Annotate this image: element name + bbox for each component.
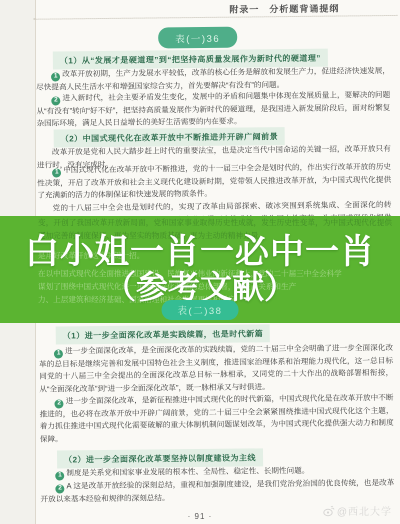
paragraph: 1中国式现代化在改革开放中不断推进，党的十一届三中全会是划时代的，作出实行改革开… — [37, 161, 391, 203]
section-heading-3: （1）进一步全面深化改革是实践续篇，也是时代新篇 — [56, 324, 271, 344]
table-badge-2: 表(二)38 — [162, 300, 239, 320]
watermark-text: @西北大学 — [337, 503, 392, 518]
list-marker-icon: 2 — [56, 484, 65, 493]
list-marker-icon: 1 — [54, 349, 63, 358]
paragraph-text: 进一步全面深化改革，是全面深化改革的实践续篇，党的二十届三中全会明确了进一步全面… — [39, 343, 393, 394]
list-marker-icon: 1 — [51, 72, 60, 81]
paragraph: 2进入新时代，社会主要矛盾发生变化，发展中的矛盾和问题集中体现在发展质量上，要解… — [36, 89, 390, 131]
list-marker-icon: 2 — [51, 96, 60, 105]
book-page-photo: 附录一 分析题背诵提纲 表(一)36 （1）从“发展才是硬道理”到“把坚持高质量… — [0, 0, 400, 524]
paragraph-text: 改革开放初期，生产力发展水平较低，改革的核心任务是解放和发展生产力，促进经济快速… — [36, 66, 390, 91]
paragraph-text: 进一步全面深化改革，是新征程推进中国式现代化的时代新篇，中国式现代化是在改革开放… — [40, 393, 394, 444]
paragraph: 1进一步全面深化改革，是全面深化改革的实践续篇，党的二十届三中全会明确了进一步全… — [39, 342, 394, 396]
page-header: 附录一 分析题背诵提纲 — [229, 2, 339, 16]
list-marker-icon: 1 — [55, 471, 64, 480]
paragraph: 2进一步全面深化改革，是新征程推进中国式现代化的时代新篇，中国式现代化是在改革开… — [39, 392, 394, 446]
header-rule — [33, 15, 397, 20]
list-marker-icon: 1 — [52, 168, 61, 177]
paragraph-text: 中国式现代化在改革开放中不断推进，党的十一届三中全会是划时代的，作出实行改革开放… — [37, 162, 391, 200]
weibo-icon — [323, 505, 335, 517]
green-watermark-band: 变，开创了我国改革开放新局面，党和国家事业取得历史性成就，发生历史性变革，为中国… — [0, 216, 400, 323]
list-marker-icon: 2 — [55, 399, 64, 408]
paragraph-text: 制度是关系党和国家事业发展的根本性、全局性、稳定性、长期性问题。 — [66, 466, 309, 478]
photo-watermark: @西北大学 — [323, 503, 392, 518]
paragraph-text: A 这是改革开放经验的深刻总结，重视和加强制度建设，是我们党治党治国的优良传统，… — [40, 478, 394, 503]
paragraph-text: 进入新时代，社会主要矛盾发生变化，发展中的矛盾和问题集中体现在发展质量上，要解决… — [36, 90, 390, 128]
table-badge-1: 表(一)36 — [158, 27, 237, 49]
paragraph: 2A 这是改革开放经验的深刻总结，重视和加强制度建设，是我们党治党治国的优良传统… — [40, 477, 394, 506]
